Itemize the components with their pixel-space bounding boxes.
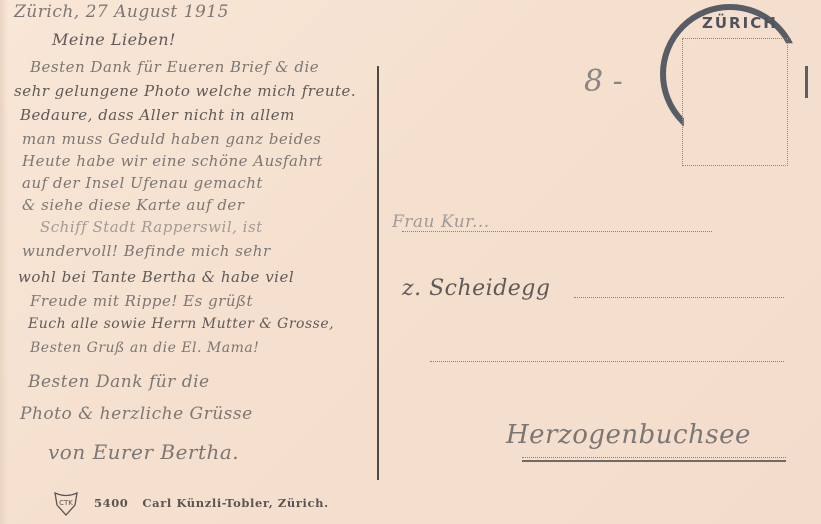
message-line: Besten Gruß an die El. Mama! [30,340,259,356]
message-line: wundervoll! Befinde mich sehr [22,242,271,260]
stamp-box [682,38,788,166]
imprint-publisher: Carl Künzli-Tobler, Zürich. [142,496,328,510]
address-line-4: Herzogenbuchsee [506,420,751,450]
message-line: Heute habe wir eine schöne Ausfahrt [22,152,323,170]
message-line: sehr gelungene Photo welche mich freute. [14,82,356,100]
message-line: Besten Dank für Eueren Brief & die [30,58,319,76]
message-line: & siehe diese Karte auf der [22,196,244,214]
signature-line: von Eurer Bertha. [48,440,239,464]
address-rule-4 [522,457,786,458]
address-line-2: z. Scheidegg [402,276,550,301]
fee-note: 8 - [584,64,623,99]
publisher-imprint: CTK 5400 Carl Künzli-Tobler, Zürich. [52,490,329,516]
message-line: Freude mit Rippe! Es grüßt [30,292,253,310]
address-rule-1 [402,231,712,232]
address-rule-3 [430,361,784,362]
message-line: wohl bei Tante Bertha & habe viel [18,268,294,286]
center-divider [377,66,379,480]
address-rule-2 [574,297,784,298]
message-line: Bedaure, dass Aller nicht in allem [20,106,295,124]
postmark-text: ZÜRICH [702,14,778,32]
ctk-logo-icon: CTK [52,490,80,516]
message-line: Euch alle sowie Herrn Mutter & Grosse, [28,316,334,332]
salutation: Meine Lieben! [52,30,176,49]
postmark-mark [805,66,808,98]
svg-text:CTK: CTK [59,499,73,507]
message-line: auf der Insel Ufenau gemacht [22,174,263,192]
message-line: Photo & herzliche Grüsse [20,404,253,424]
date-line: Zürich, 27 August 1915 [14,2,229,22]
address-underline [522,460,786,462]
message-line: Besten Dank für die [28,372,210,392]
message-line: Schiff Stadt Rapperswil, ist [40,218,263,236]
imprint-number: 5400 [94,496,128,510]
message-line: man muss Geduld haben ganz beides [22,130,321,148]
postcard: Zürich, 27 August 1915 Meine Lieben! Bes… [0,0,821,524]
address-line-1: Frau Kur... [392,212,490,232]
